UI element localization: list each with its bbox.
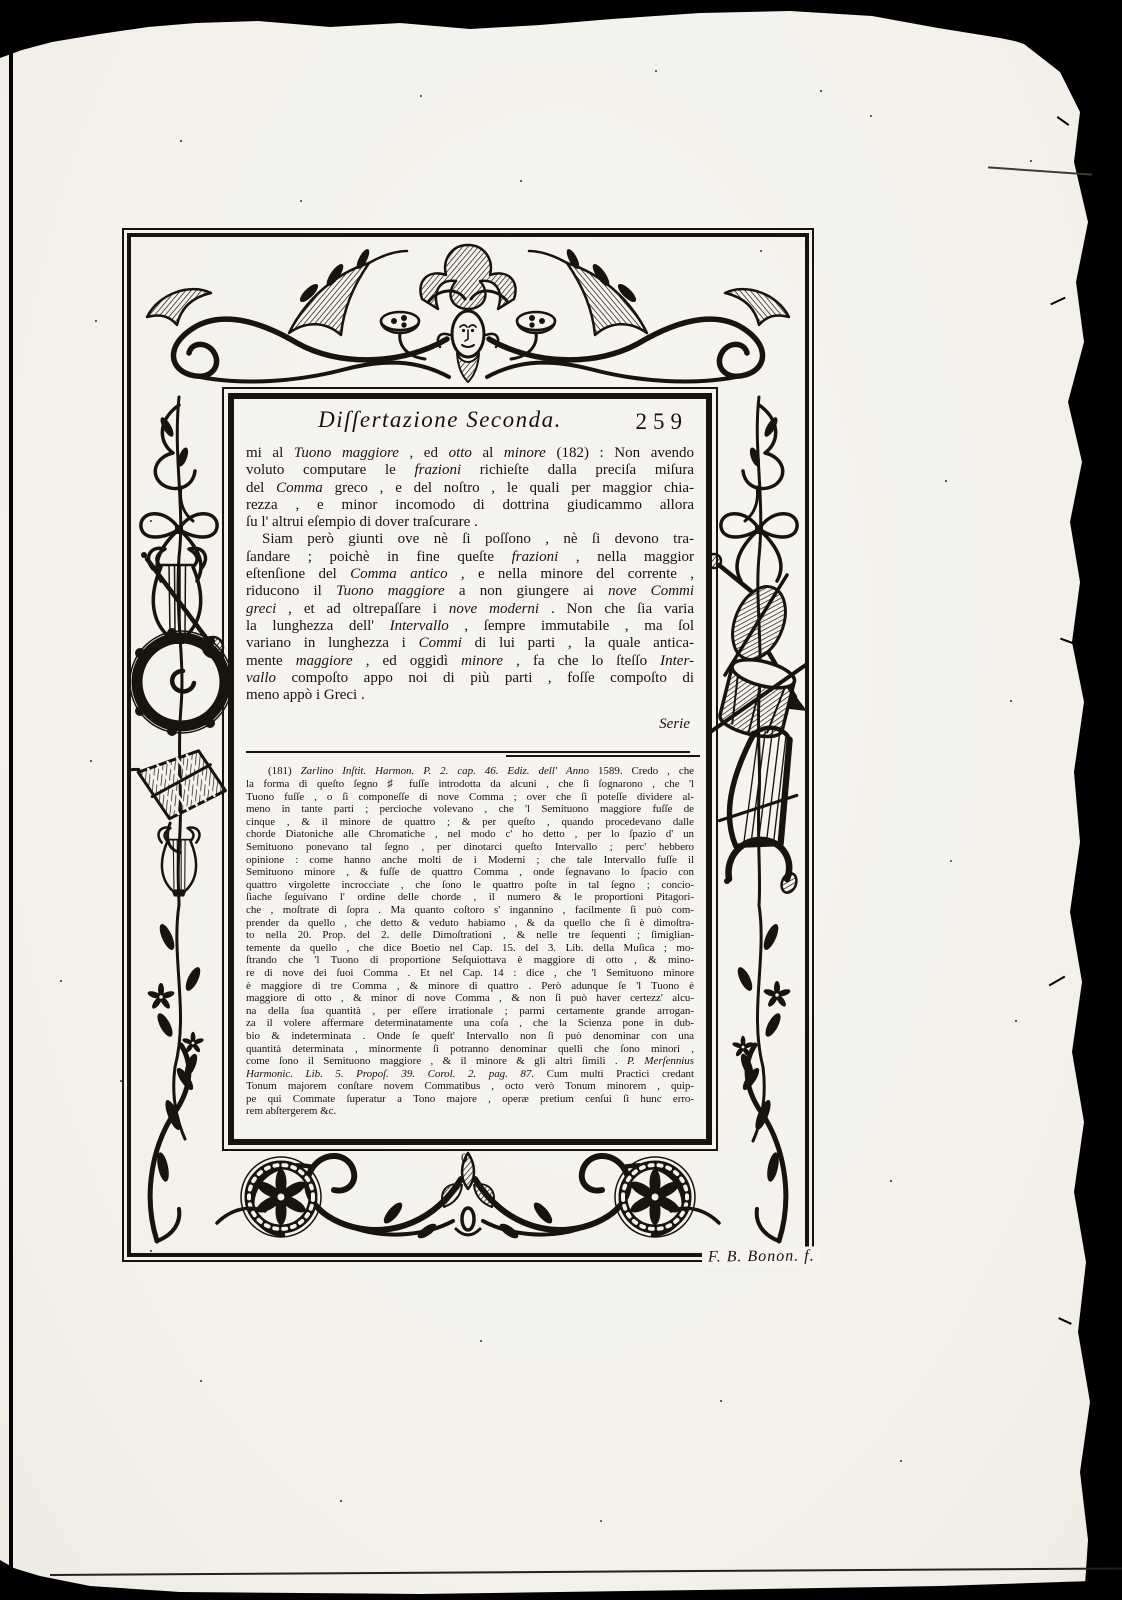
panpipes-icon	[131, 729, 242, 861]
scan-edge-left-line	[9, 16, 13, 1576]
text-line: ſiache ſeguivano l' ordine delle chorde …	[246, 891, 694, 904]
footnote-separator	[246, 749, 694, 759]
text-line: pe qui Commate ſuperatur a Tono majore ,…	[246, 1093, 694, 1106]
engraver-signature: F. B. Bonon. f.	[702, 1246, 821, 1267]
text-line: na della ſua quantità , per eſſere irrat…	[246, 1005, 694, 1018]
rule-line	[246, 751, 690, 753]
hunting-horn-icon	[724, 840, 799, 895]
mask-face-icon	[420, 245, 515, 382]
text-line: maggiore di otto , & minor di nove Comma…	[246, 992, 694, 1005]
text-line: opinione : come hanno anche molti de i M…	[246, 854, 694, 867]
text-line: re di nove dei ſuoi Comma . Et nel Cap. …	[246, 967, 694, 980]
text-line: prender da quello , che detto & veduto h…	[246, 917, 694, 930]
left-instrument-trophy	[131, 397, 242, 1139]
text-line: riducono il Tuono maggiore a non giunger…	[246, 583, 694, 600]
text-line: mente maggiore , ed oggidì minore , fa c…	[246, 653, 694, 670]
page-title: Diſſertazione Seconda.	[246, 407, 694, 433]
text-line: Semituono ponevano tal ſegno , per dinot…	[246, 841, 694, 854]
text-line: voluto computare le frazioni richieſte d…	[246, 462, 694, 479]
text-line: mi al Tuono maggiore , ed otto al minore…	[246, 445, 694, 462]
text-line: greci , et ad oltrepaſſare i nove modern…	[246, 601, 694, 618]
engraved-border-frame: Diſſertazione Seconda. 259 mi al Tuono m…	[127, 233, 809, 1257]
text-line: meno in tante parti ; percioche volevano…	[246, 803, 694, 816]
text-line: cinque , & il minore de quattro ; & per …	[246, 816, 694, 829]
text-line: Tuono fuſſe , o ſi componeſſe di nove Co…	[246, 791, 694, 804]
text-line: meno appò i Greci .	[246, 687, 694, 704]
text-line: ſtrando che 'l Tuono di proportione Seſq…	[246, 954, 694, 967]
text-line: che , moſtrate di ſopra . Ma quanto coſt…	[246, 904, 694, 917]
rosette-icon	[241, 1157, 321, 1237]
text-line: ſandare ; poichè in fine queſte frazioni…	[246, 549, 694, 566]
scanned-book-page: Diſſertazione Seconda. 259 mi al Tuono m…	[0, 0, 1122, 1600]
page-header: Diſſertazione Seconda. 259	[246, 407, 694, 441]
right-floral-spray	[732, 905, 792, 1141]
text-line: Semituono minore , & fuſſe de quattro Co…	[246, 866, 694, 879]
text-line: Tonum majorem conſtare novem Commatibus …	[246, 1080, 694, 1093]
flower-icon	[147, 983, 175, 1010]
body-paragraph-1: mi al Tuono maggiore , ed otto al minore…	[246, 445, 694, 531]
text-line: chorde Diatoniche alle Chromatiche , nel…	[246, 828, 694, 841]
text-line: quattro virgolette incrocciate , che ſon…	[246, 879, 694, 892]
text-line: è maggiore di tre Comma , & minore di qu…	[246, 980, 694, 993]
text-line: vallo compoſto appo noi di più parti , f…	[246, 670, 694, 687]
text-line: eſtenſione del Comma antico , e nella mi…	[246, 566, 694, 583]
left-floral-spray	[147, 905, 205, 1139]
text-line: del Comma greco , e del noſtro , le qual…	[246, 480, 694, 497]
body-paragraph-2: Siam però giunti ove nè ſi poſſono , nè …	[246, 531, 694, 704]
flower-icon	[763, 981, 791, 1008]
text-line: variano in lunghezza i Commi di lui part…	[246, 635, 694, 652]
text-line: za il volere affermare determinatamente …	[246, 1017, 694, 1030]
text-line: ſu l' altrui eſempio di dover traſcurare…	[246, 514, 694, 531]
press-mark: 0	[461, 1150, 468, 1166]
text-line: rem abſtergerem &c.	[246, 1105, 694, 1118]
text-line: Siam però giunti ove nè ſi poſſono , nè …	[246, 531, 694, 548]
catchword: Serie	[246, 716, 694, 733]
text-line: rezza , e minor incomodo di dottrina giu…	[246, 497, 694, 514]
text-line: bio & indeterminata . Onde ſe queſt' Int…	[246, 1030, 694, 1043]
text-line: la forma di queſto ſegno ♯ fuſſe introdo…	[246, 778, 694, 791]
footnote: (181) Zarlino Inſtit. Harmon. P. 2. cap.…	[246, 765, 694, 1118]
text-line: quantità determinata , minormente ſi pot…	[246, 1043, 694, 1056]
page-number: 259	[636, 409, 689, 435]
top-ornament-band	[147, 245, 789, 382]
rule-line	[506, 755, 700, 757]
text-line: come ſono il Semituono maggiore , & il m…	[246, 1055, 694, 1068]
text-line: temente da quello , che dice Boetio nel …	[246, 942, 694, 955]
text-line: Harmonic. Lib. 5. Propoſ. 39. Corol. 2. …	[246, 1068, 694, 1081]
text-panel: Diſſertazione Seconda. 259 mi al Tuono m…	[228, 393, 712, 1145]
text-line: (181) Zarlino Inſtit. Harmon. P. 2. cap.…	[246, 765, 694, 778]
text-line: la lunghezza dell' Intervallo , ſempre i…	[246, 618, 694, 635]
text-line: to nella 20. Prop. del 2. delle Dimoſtra…	[246, 929, 694, 942]
